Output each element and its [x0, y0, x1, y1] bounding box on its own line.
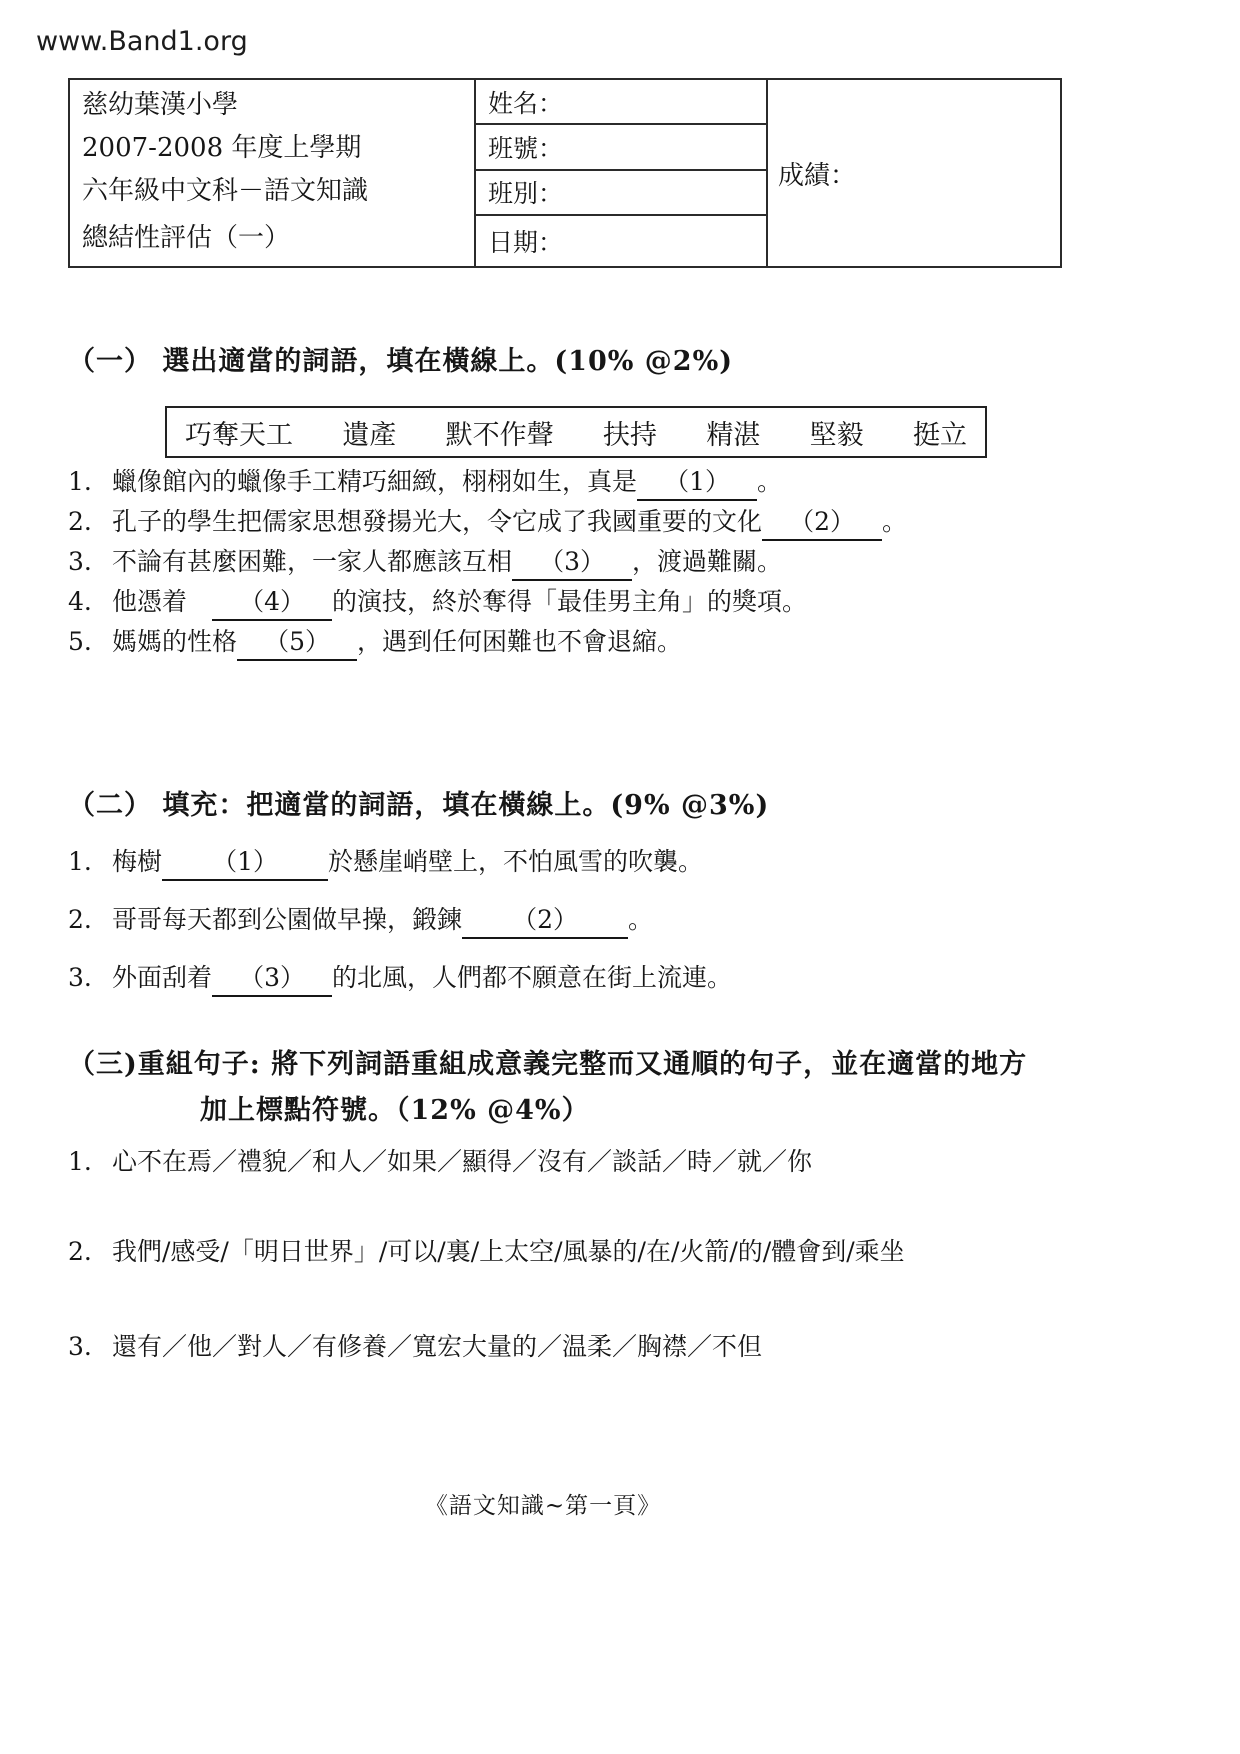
school-info-cell: 慈幼葉漢小學 2007-2008 年度上學期 六年級中文科－語文知識 總結性評估…: [69, 79, 475, 267]
question-text: 梅樹: [112, 847, 162, 876]
class-field: 班別：: [475, 170, 767, 215]
question-text: 蠟像館內的蠟像手工精巧細緻，栩栩如生，真是: [112, 467, 637, 496]
subject-label: 六年級中文科－語文知識: [82, 170, 468, 213]
question-text: 。: [882, 507, 907, 536]
question-text: ，遇到任何困難也不會退縮。: [357, 627, 682, 656]
blank-line: （3）: [512, 545, 632, 581]
word-bank-item: 默不作聲: [446, 413, 554, 452]
section1-questions: 1.蠟像館內的蠟像手工精巧細緻，栩栩如生，真是（1）。 2.孔子的學生把儒家思想…: [68, 462, 1240, 662]
question-number: 4.: [68, 582, 112, 622]
site-url: www.Band1.org: [0, 0, 1240, 58]
question-text: 他憑着: [112, 587, 212, 616]
question: 5.媽媽的性格（5），遇到任何困難也不會退縮。: [68, 622, 1240, 662]
school-name: 慈幼葉漢小學: [82, 84, 468, 127]
question: 3.外面刮着（3）的北風，人們都不願意在街上流連。: [68, 958, 1240, 998]
name-field-label: 姓名：: [488, 89, 563, 118]
blank-line: （3）: [212, 961, 332, 997]
question: 1.心不在焉／禮貌／和人／如果／顯得／沒有／談話／時／就／你: [68, 1142, 1240, 1182]
section3-title-line2: 加上標點符號。（12% @4%）: [200, 1088, 1108, 1134]
question-number: 1.: [68, 842, 112, 882]
section3-title: （三)重組句子: 將下列詞語重組成意義完整而又通順的句子，並在適當的地方 加上標…: [68, 1042, 1108, 1134]
question: 3.不論有甚麼困難，一家人都應該互相（3），渡過難關。: [68, 542, 1240, 582]
question: 2.哥哥每天都到公園做早操，鍛鍊（2）。: [68, 900, 1240, 940]
name-field: 姓名：: [475, 79, 767, 124]
header-table: 慈幼葉漢小學 2007-2008 年度上學期 六年級中文科－語文知識 總結性評估…: [68, 78, 1062, 268]
section3-questions: 1.心不在焉／禮貌／和人／如果／顯得／沒有／談話／時／就／你 2.我們/感受/「…: [68, 1142, 1240, 1367]
question-text: 於懸崖峭壁上，不怕風雪的吹襲。: [328, 847, 703, 876]
assessment-label: 總結性評估（一）: [82, 217, 468, 260]
question-number: 3.: [68, 542, 112, 582]
class-number-field: 班號：: [475, 124, 767, 169]
date-field-label: 日期：: [488, 228, 563, 257]
score-label: 成績：: [778, 161, 856, 191]
question-text: 不論有甚麼困難，一家人都應該互相: [112, 547, 512, 576]
blank-line: （4）: [212, 585, 332, 621]
question-number: 1.: [68, 462, 112, 502]
question-number: 3.: [68, 1327, 112, 1367]
section2-questions: 1.梅樹（1）於懸崖峭壁上，不怕風雪的吹襲。 2.哥哥每天都到公園做早操，鍛鍊（…: [68, 842, 1240, 998]
question-text: 。: [757, 467, 782, 496]
question-number: 2.: [68, 1232, 112, 1272]
page-footer: 《語文知識~第一頁》: [68, 1487, 1018, 1520]
question-text: 外面刮着: [112, 963, 212, 992]
section1-title: （一） 選出適當的詞語，填在橫線上。(10% @2%): [68, 342, 1240, 382]
word-bank-item: 挺立: [913, 413, 967, 452]
question-number: 5.: [68, 622, 112, 662]
question: 1.蠟像館內的蠟像手工精巧細緻，栩栩如生，真是（1）。: [68, 462, 1240, 502]
question-number: 3.: [68, 958, 112, 998]
blank-line: （2）: [762, 505, 882, 541]
question: 3.還有／他／對人／有修養／寬宏大量的／温柔／胸襟／不但: [68, 1327, 1240, 1367]
question-text: 媽媽的性格: [112, 627, 237, 656]
question-text: 哥哥每天都到公園做早操，鍛鍊: [112, 905, 462, 934]
question-text: 的北風，人們都不願意在街上流連。: [332, 963, 732, 992]
blank-line: （5）: [237, 625, 357, 661]
date-field: 日期：: [475, 215, 767, 267]
blank-line: （1）: [637, 465, 757, 501]
question-number: 2.: [68, 502, 112, 542]
question-text: 孔子的學生把儒家思想發揚光大，令它成了我國重要的文化: [112, 507, 762, 536]
question-text: ，渡過難關。: [632, 547, 782, 576]
question: 2.孔子的學生把儒家思想發揚光大，令它成了我國重要的文化（2）。: [68, 502, 1240, 542]
blank-line: （1）: [162, 845, 328, 881]
word-bank-item: 遺產: [342, 413, 396, 452]
word-bank: 巧奪天工 遺產 默不作聲 扶持 精湛 堅毅 挺立: [165, 406, 987, 458]
question: 4.他憑着 （4）的演技，終於奪得「最佳男主角」的獎項。: [68, 582, 1240, 622]
question-text: 還有／他／對人／有修養／寬宏大量的／温柔／胸襟／不但: [112, 1332, 762, 1361]
question: 1.梅樹（1）於懸崖峭壁上，不怕風雪的吹襲。: [68, 842, 1240, 882]
question-text: 的演技，終於奪得「最佳男主角」的獎項。: [332, 587, 807, 616]
class-field-label: 班別：: [488, 179, 563, 208]
question-number: 2.: [68, 900, 112, 940]
blank-line: （2）: [462, 903, 628, 939]
term-label: 2007-2008 年度上學期: [82, 127, 468, 170]
question-number: 1.: [68, 1142, 112, 1182]
worksheet-page: www.Band1.org 慈幼葉漢小學 2007-2008 年度上學期 六年級…: [0, 0, 1240, 1754]
section2-title: （二） 填充：把適當的詞語，填在橫線上。(9% @3%): [68, 786, 1240, 826]
class-number-field-label: 班號：: [488, 134, 563, 163]
question: 2.我們/感受/「明日世界」/可以/裏/上太空/風暴的/在/火箭/的/體會到/乘…: [68, 1232, 1240, 1272]
word-bank-item: 精湛: [706, 413, 760, 452]
word-bank-item: 扶持: [603, 413, 657, 452]
question-text: 我們/感受/「明日世界」/可以/裏/上太空/風暴的/在/火箭/的/體會到/乘坐: [112, 1237, 905, 1266]
word-bank-item: 巧奪天工: [185, 413, 293, 452]
question-text: 。: [628, 905, 653, 934]
section3-title-line1: （三)重組句子: 將下列詞語重組成意義完整而又通順的句子，並在適當的地方: [68, 1042, 1108, 1088]
score-cell: 成績：: [767, 79, 1061, 267]
question-text: 心不在焉／禮貌／和人／如果／顯得／沒有／談話／時／就／你: [112, 1147, 812, 1176]
word-bank-item: 堅毅: [810, 413, 864, 452]
